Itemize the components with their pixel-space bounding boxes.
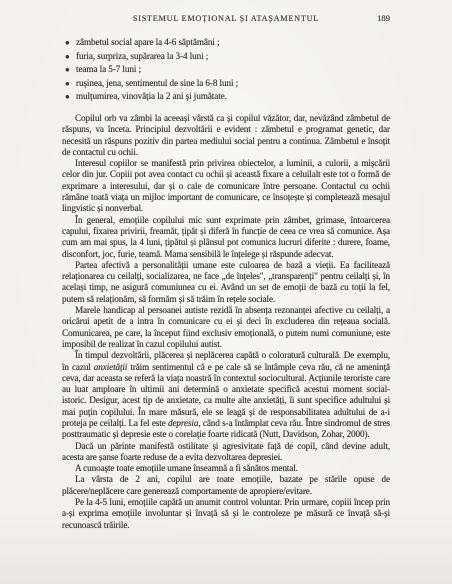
italic-term: depresia bbox=[168, 418, 198, 428]
paragraph: Copilul orb va zâmbi la aceeași vârstă c… bbox=[62, 113, 390, 158]
bullet-icon: ● bbox=[62, 37, 76, 50]
bullet-text: mulțumirea, vinovăția la 2 ani și jumăta… bbox=[76, 90, 390, 103]
paragraph-text: Pe la 4-5 luni, emoțiile capătă un anumi… bbox=[62, 497, 390, 530]
body-text: Copilul orb va zâmbi la aceeași vârstă c… bbox=[62, 113, 390, 531]
bullet-text: zâmbetul social apare la 4-6 săptămâni ; bbox=[76, 36, 390, 49]
bullet-text: rușinea, jena, sentimentul de sine la 6-… bbox=[76, 77, 390, 90]
paragraph: A cunoaște toate emoțiile umane înseamnă… bbox=[62, 463, 390, 474]
bullet-icon: ● bbox=[62, 78, 76, 91]
bullet-item: ●zâmbetul social apare la 4-6 săptămâni … bbox=[62, 36, 390, 50]
paragraph-text: Marele handicap al persoanei autiste rez… bbox=[62, 305, 390, 349]
bullet-icon: ● bbox=[62, 64, 76, 77]
bullet-icon: ● bbox=[62, 91, 76, 104]
paragraph-text: Partea afectivă a personalității umane e… bbox=[62, 260, 390, 304]
bullet-item: ●teama la 5-7 luni ; bbox=[62, 63, 390, 77]
bullet-item: ●furia, surpriza, supărarea la 3-4 luni … bbox=[62, 50, 390, 64]
paragraph-text: Interesul copiilor se manifestă prin pri… bbox=[62, 158, 390, 213]
paragraph: Marele handicap al persoanei autiste rez… bbox=[62, 305, 390, 350]
paragraph: Interesul copiilor se manifestă prin pri… bbox=[62, 158, 390, 214]
book-page: SISTEMUL EMOȚIONAL ȘI ATAȘAMENTUL 189 ●z… bbox=[0, 0, 452, 584]
page-number: 189 bbox=[377, 13, 390, 24]
bullet-item: ●mulțumirea, vinovăția la 2 ani și jumăt… bbox=[62, 90, 390, 104]
paragraph-text: În general, emoțiile copilului mic sunt … bbox=[62, 215, 390, 259]
paragraph: La vârsta de 2 ani, copilul are toate em… bbox=[62, 474, 390, 497]
bullet-item: ●rușinea, jena, sentimentul de sine la 6… bbox=[62, 77, 390, 91]
running-header: SISTEMUL EMOȚIONAL ȘI ATAȘAMENTUL 189 bbox=[62, 13, 390, 24]
bullet-icon: ● bbox=[62, 51, 76, 64]
bullet-text: teama la 5-7 luni ; bbox=[76, 63, 390, 76]
paragraph: Pe la 4-5 luni, emoțiile capătă un anumi… bbox=[62, 497, 390, 531]
paragraph: În timpul dezvoltării, plăcerea și neplă… bbox=[62, 350, 390, 440]
paragraph-text: A cunoaște toate emoțiile umane înseamnă… bbox=[75, 463, 298, 473]
paragraph: Partea afectivă a personalității umane e… bbox=[62, 260, 390, 305]
paragraph: Dacă un părinte manifestă ostilitate și … bbox=[62, 441, 390, 464]
paragraph-text: Dacă un părinte manifestă ostilitate și … bbox=[62, 441, 390, 462]
paragraph-text: Copilul orb va zâmbi la aceeași vârstă c… bbox=[62, 113, 390, 157]
paragraph: În general, emoțiile copilului mic sunt … bbox=[62, 215, 390, 260]
paragraph-text: La vârsta de 2 ani, copilul are toate em… bbox=[62, 474, 390, 495]
italic-term: anxietății bbox=[94, 362, 128, 372]
bullet-text: furia, surpriza, supărarea la 3-4 luni ; bbox=[76, 50, 390, 63]
bullet-list: ●zâmbetul social apare la 4-6 săptămâni … bbox=[62, 36, 390, 104]
running-title: SISTEMUL EMOȚIONAL ȘI ATAȘAMENTUL bbox=[62, 13, 390, 24]
